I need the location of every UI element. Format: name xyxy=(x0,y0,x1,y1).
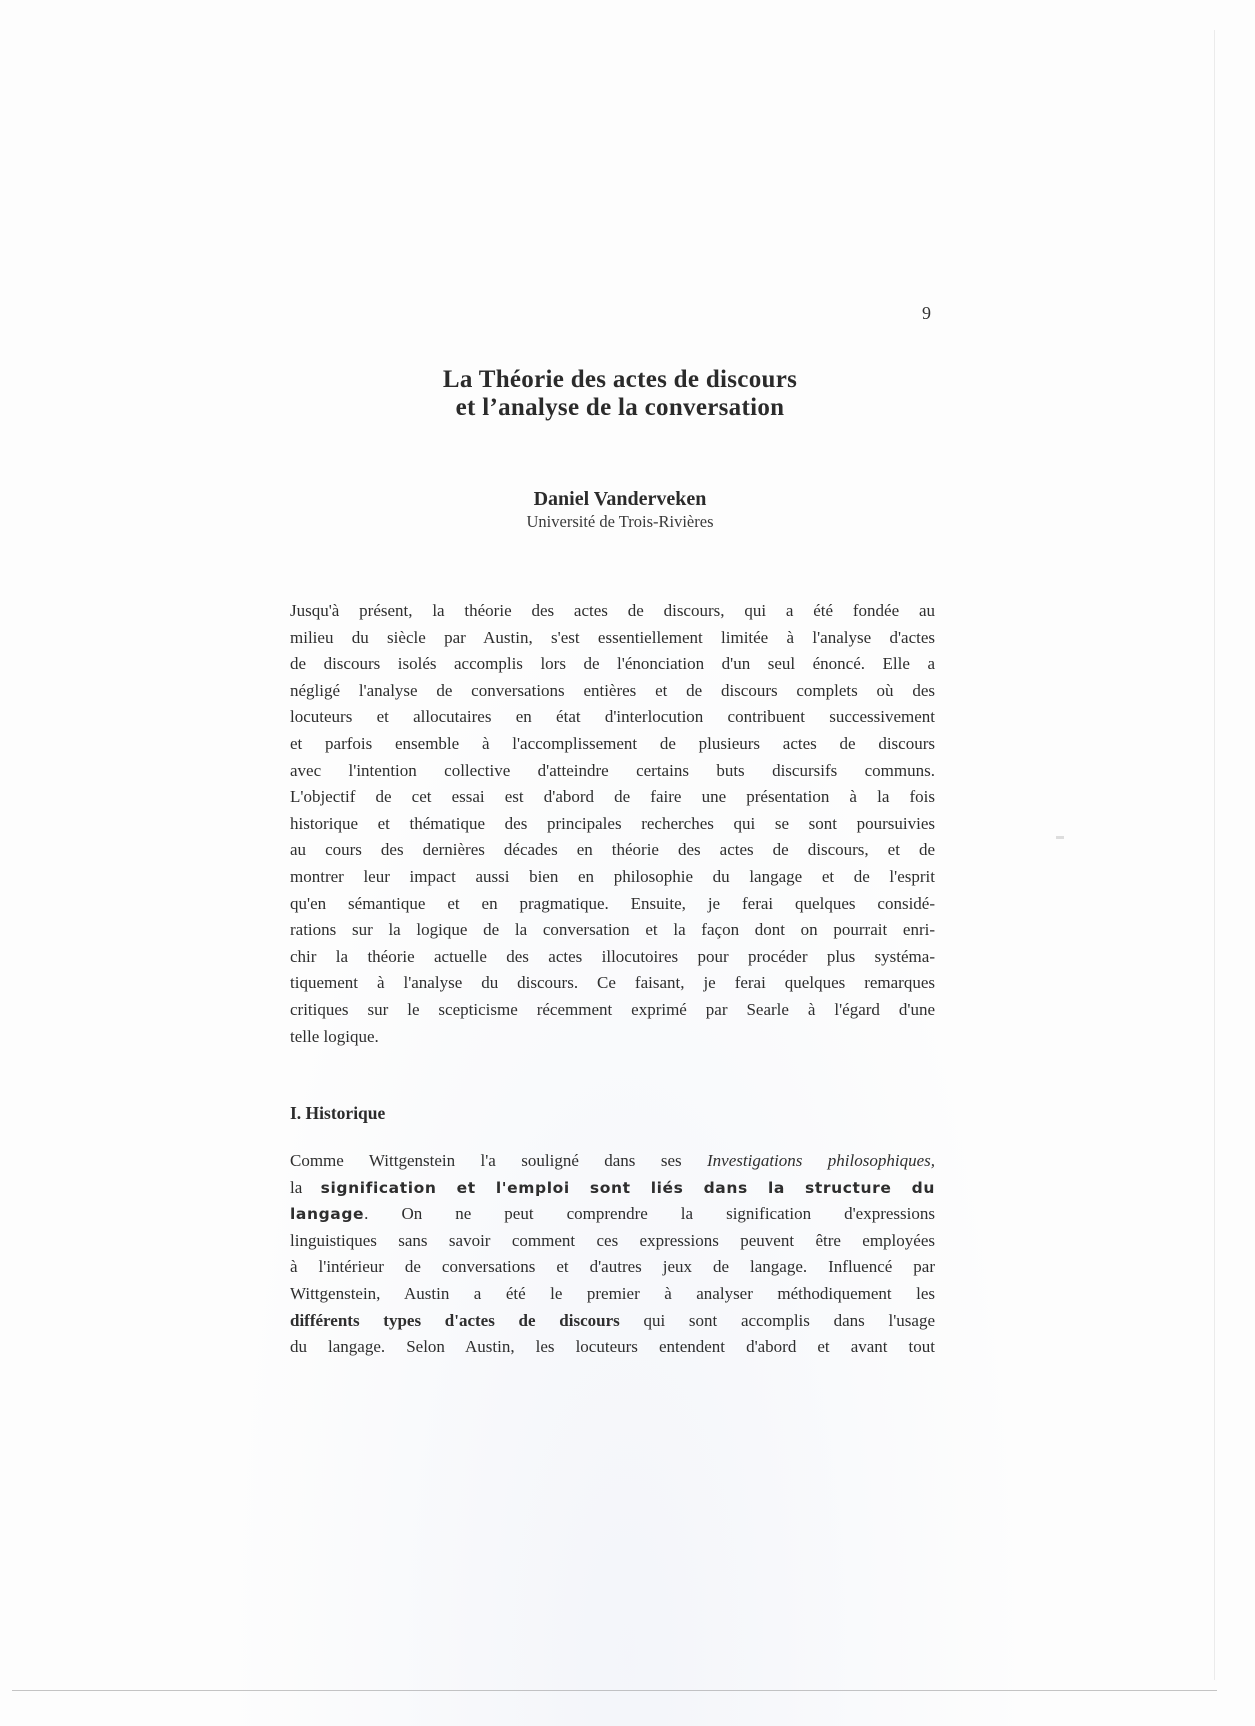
abstract-line: montrer leur impact aussi bien en philos… xyxy=(290,864,935,891)
abstract-line: rations sur la logique de la conversatio… xyxy=(290,917,935,944)
abstract-line: L'objectif de cet essai est d'abord de f… xyxy=(290,784,935,811)
abstract-line: milieu du siècle par Austin, s'est essen… xyxy=(290,625,935,652)
paragraph-line: la signification et l'emploi sont liés d… xyxy=(290,1175,935,1202)
abstract-line: qu'en sémantique et en pragmatique. Ensu… xyxy=(290,891,935,918)
abstract-line: au cours des dernières décades en théori… xyxy=(290,837,935,864)
author-affiliation: Université de Trois-Rivières xyxy=(0,511,1240,533)
text-run: . On ne peut comprendre la signification… xyxy=(364,1204,935,1223)
abstract-line: critiques sur le scepticisme récemment e… xyxy=(290,997,935,1024)
abstract-line: tiquement à l'analyse du discours. Ce fa… xyxy=(290,970,935,997)
section-heading-historique: I. Historique xyxy=(290,1103,385,1124)
paragraph-line: linguistiques sans savoir comment ces ex… xyxy=(290,1228,935,1255)
article-title: La Théorie des actes de discours et l’an… xyxy=(0,366,1240,422)
emphasis-bold: différents types d'actes de discours xyxy=(290,1311,620,1330)
abstract-line: chir la théorie actuelle des actes illoc… xyxy=(290,944,935,971)
text-run: Comme Wittgenstein l'a souligné dans ses xyxy=(290,1151,707,1170)
text-run: la xyxy=(290,1178,321,1197)
article-title-line-1: La Théorie des actes de discours xyxy=(0,366,1240,394)
article-title-line-2: et l’analyse de la conversation xyxy=(0,394,1240,422)
page-edge-bottom xyxy=(12,1690,1217,1691)
book-title-italic: Investigations philosophiques, xyxy=(707,1151,935,1170)
section-historique-paragraph: Comme Wittgenstein l'a souligné dans ses… xyxy=(290,1148,935,1361)
abstract-line: négligé l'analyse de conversations entiè… xyxy=(290,678,935,705)
author-block: Daniel Vanderveken Université de Trois-R… xyxy=(0,487,1240,533)
page-number: 9 xyxy=(922,303,931,324)
paragraph-line: du langage. Selon Austin, les locuteurs … xyxy=(290,1334,935,1361)
abstract-line: historique et thématique des principales… xyxy=(290,811,935,838)
paragraph-line: à l'intérieur de conversations et d'autr… xyxy=(290,1254,935,1281)
abstract-paragraph: Jusqu'à présent, la théorie des actes de… xyxy=(290,598,935,1050)
abstract-line: telle logique. xyxy=(290,1024,935,1051)
paragraph-line: différents types d'actes de discours qui… xyxy=(290,1308,935,1335)
abstract-line: et parfois ensemble à l'accomplissement … xyxy=(290,731,935,758)
paragraph-line: langage. On ne peut comprendre la signif… xyxy=(290,1201,935,1228)
paragraph-line: Comme Wittgenstein l'a souligné dans ses… xyxy=(290,1148,935,1175)
paragraph-line: Wittgenstein, Austin a été le premier à … xyxy=(290,1281,935,1308)
abstract-line: de discours isolés accomplis lors de l'é… xyxy=(290,651,935,678)
author-name: Daniel Vanderveken xyxy=(0,487,1240,511)
emphasis-bold: signification et l'emploi sont liés dans… xyxy=(321,1179,935,1197)
page-edge-right xyxy=(1214,30,1215,1680)
abstract-line: locuteurs et allocutaires en état d'inte… xyxy=(290,704,935,731)
emphasis-bold: langage xyxy=(290,1205,364,1223)
abstract-line: avec l'intention collective d'atteindre … xyxy=(290,758,935,785)
abstract-line: Jusqu'à présent, la théorie des actes de… xyxy=(290,598,935,625)
scan-speck xyxy=(1056,836,1064,839)
text-run: qui sont accomplis dans l'usage xyxy=(620,1311,935,1330)
